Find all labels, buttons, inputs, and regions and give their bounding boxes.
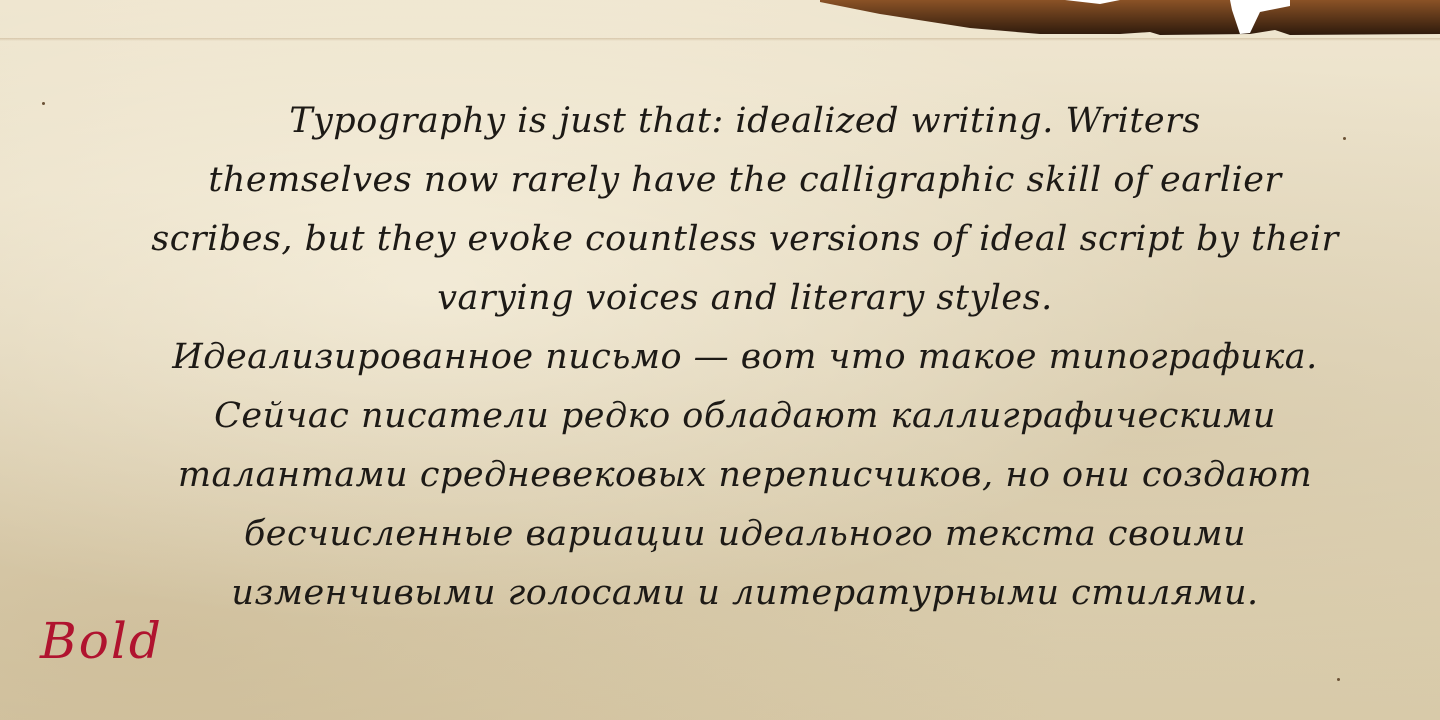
burnt-torn-edge (820, 0, 1440, 36)
russian-line: Идеализированное письмо — вот что такое … (140, 328, 1350, 387)
english-line: themselves now rarely have the calligrap… (140, 151, 1350, 210)
english-line: Typography is just that: idealized writi… (140, 92, 1350, 151)
russian-line: Сейчас писатели редко обладают каллиграф… (140, 387, 1350, 446)
russian-line: изменчивыми голосами и литературными сти… (140, 564, 1350, 623)
font-weight-label: Bold (40, 612, 163, 670)
english-line: scribes, but they evoke countless versio… (140, 210, 1350, 269)
paper-speck (42, 102, 45, 105)
paper-speck (1337, 678, 1340, 681)
paper-fold-line (0, 38, 1440, 41)
russian-line: бесчисленные вариации идеального текста … (140, 505, 1350, 564)
russian-line: талантами средневековых переписчиков, но… (140, 446, 1350, 505)
english-line: varying voices and literary styles. (140, 269, 1350, 328)
specimen-text: Typography is just that: idealized writi… (140, 92, 1350, 623)
